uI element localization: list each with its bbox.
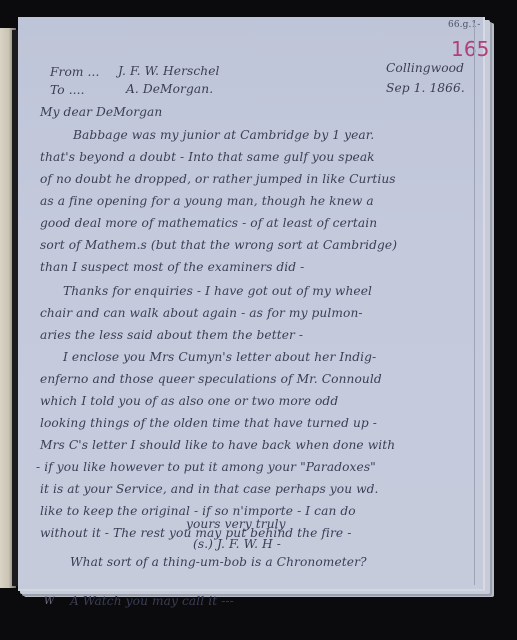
salutation: My dear DeMorgan [40, 105, 162, 119]
marginal-note: W [44, 596, 54, 607]
to-label: To .... [50, 83, 85, 97]
body-line: it is at your Service, and in that case … [40, 482, 379, 496]
body-line: than I suspect most of the examiners did… [40, 260, 304, 274]
folio-number: 165 [451, 37, 489, 61]
body-line: Thanks for enquiries - I have got out of… [63, 284, 372, 298]
body-line: aries the less said about them the bette… [40, 328, 303, 342]
body-line: Babbage was my junior at Cambridge by 1 … [73, 128, 374, 142]
letter-place: Collingwood [386, 61, 464, 75]
postscript: What sort of a thing-um-bob is a Chronom… [70, 555, 367, 569]
body-line: as a fine opening for a young man, thoug… [40, 194, 374, 208]
body-line: of no doubt he dropped, or rather jumped… [40, 172, 396, 186]
body-line: I enclose you Mrs Cumyn's letter about h… [63, 350, 376, 364]
body-line: good deal more of mathematics - of at le… [40, 216, 377, 230]
body-line: that's beyond a doubt - Into that same g… [40, 150, 375, 164]
manuscript-page: 66.g.1- 165 From ... J. F. W. Herschel T… [18, 17, 485, 591]
body-line: Mrs C's letter I should like to have bac… [40, 438, 395, 452]
to-name: A. DeMorgan. [126, 82, 213, 96]
signature: (s.) J. F. W. H - [193, 537, 281, 551]
body-line: enferno and those queer speculations of … [40, 372, 382, 386]
body-line: - if you like however to put it among yo… [36, 460, 376, 474]
body-line: chair and can walk about again - as for … [40, 306, 363, 320]
body-line: looking things of the olden time that ha… [40, 416, 377, 430]
body-line: which I told you of as also one or two m… [40, 394, 338, 408]
archive-reference: 66.g.1- [448, 20, 480, 30]
body-line: sort of Mathem.s (but that the wrong sor… [40, 238, 397, 252]
from-label: From ... [50, 65, 99, 79]
body-line: like to keep the original - if so n'impo… [40, 504, 356, 518]
letter-date: Sep 1. 1866. [386, 81, 465, 95]
from-name: J. F. W. Herschel [118, 64, 220, 78]
closing: yours very truly [186, 517, 286, 531]
reply-note: A Watch you may call it --- [70, 594, 234, 608]
